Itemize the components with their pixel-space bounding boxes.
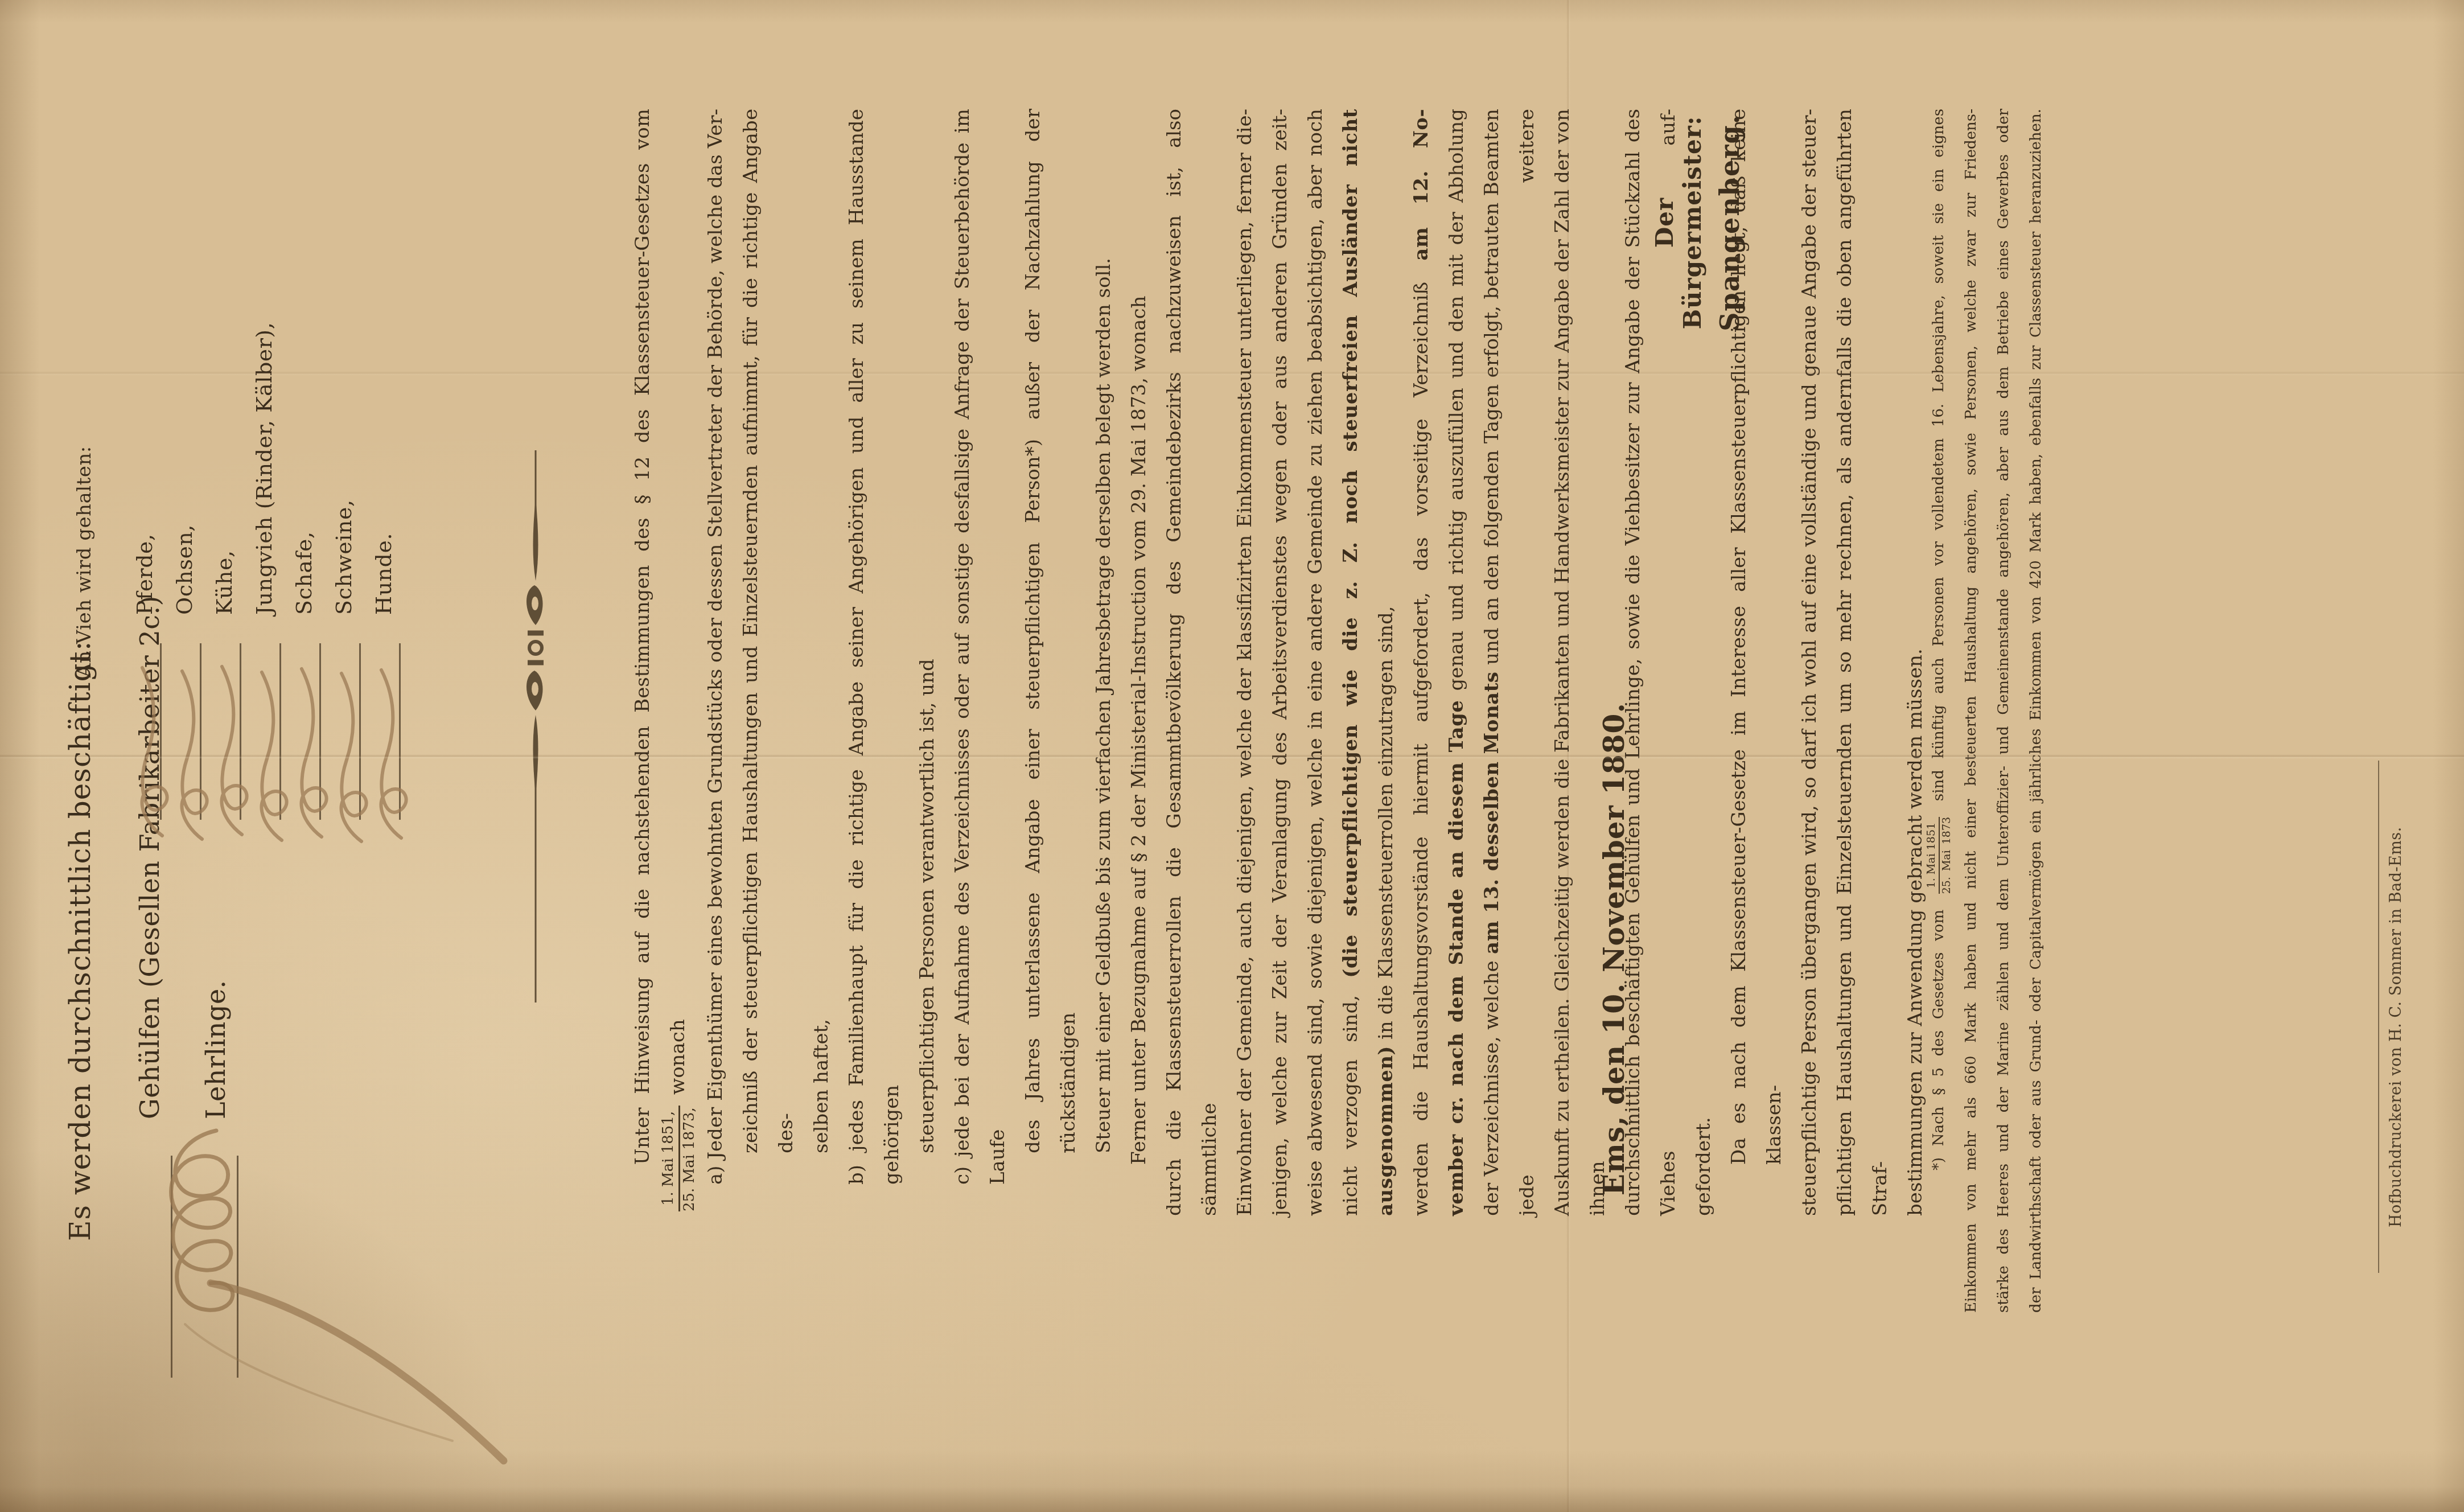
text-line: werden die Haushaltungsvorstände hiermit…	[1404, 109, 1439, 1216]
text-line: stärke des Heeres und der Marine zählen …	[1988, 109, 2020, 1313]
text-line: selben haftet,	[804, 109, 839, 1216]
text-line: steuerpflichtigen Personen verantwortlic…	[910, 109, 945, 1216]
text-line: a) Jeder Eigenthümer eines bewohnten Gru…	[698, 109, 733, 1216]
animal-row-pferde: Pferde,	[132, 533, 157, 615]
animal-row-jungvieh: Jungvieh (Rinder, Kälber),	[252, 322, 277, 615]
scanned-document-page: Es werden durchschnittlich beschäftigt: …	[0, 0, 2464, 1512]
text-line: Einkommen von mehr als 660 Mark haben un…	[1955, 109, 1988, 1313]
stacked-date-fraction: 1. Mai 185125. Mai 1873	[1926, 817, 1953, 894]
text-line: Ferner unter Bezugnahme auf § 2 der Mini…	[1121, 109, 1157, 1216]
text-line: *) Nach § 5 des Gesetzes vom 1. Mai 1851…	[1923, 109, 1955, 1313]
animal-row-schweine: Schweine,	[331, 500, 356, 615]
text-line: der Verzeichnisse, welche am 13. desselb…	[1474, 109, 1545, 1216]
masthead-left-title: Es werden durchschnittlich beschäftigt:	[64, 641, 97, 1241]
text-line: weise abwesend sind, sowie diejenigen, w…	[1298, 109, 1333, 1216]
text-line: ausgenommen) in die Klassensteuerrollen …	[1368, 109, 1404, 1216]
text-line: Steuer mit einer Geldbuße bis zum vierfa…	[1086, 109, 1121, 1216]
footnote: *) Nach § 5 des Gesetzes vom 1. Mai 1851…	[1923, 109, 2052, 1313]
text-line: nicht verzogen sind, (die steuerpflichti…	[1333, 109, 1368, 1216]
handwritten-flourish-large	[131, 1074, 529, 1495]
text-line: durch die Klassensteuerrollen die Gesamm…	[1157, 109, 1227, 1216]
text-line: 1. Mai 1851,25. Mai 1873, wonach	[660, 109, 698, 1216]
animal-row-schafe: Schafe,	[291, 531, 316, 615]
animal-row-ochsen: Ochsen,	[172, 524, 197, 615]
text-line: Unter Hinweisung auf die nachstehenden B…	[625, 109, 660, 1216]
text-line: jenigen, welche zur Zeit der Veranlagung…	[1262, 109, 1298, 1216]
text-line: zeichniß der steuerpflichtigen Haushaltu…	[733, 109, 804, 1216]
text-line: des Jahres unterlassene Angabe einer ste…	[1015, 109, 1086, 1216]
signature-name: Spangenberg.	[1714, 100, 1745, 345]
stacked-date-fraction: 1. Mai 1851,25. Mai 1873,	[660, 1106, 697, 1211]
text-line: pflichtigen Haushaltungen und Einzelsteu…	[1827, 109, 1898, 1216]
text-line: Einwohner der Gemeinde, auch diejenigen,…	[1227, 109, 1262, 1216]
signature-role: Der Bürgermeister:	[1651, 100, 1706, 345]
paper-sheet: Es werden durchschnittlich beschäftigt: …	[0, 0, 2464, 1512]
signature-block: Der Bürgermeister: Spangenberg.	[1651, 100, 1745, 345]
masthead-right-title: An Vieh wird gehalten:	[73, 446, 96, 677]
imprint-rule	[2378, 761, 2379, 1273]
handwritten-marks-animals	[131, 618, 438, 857]
text-line: der Landwirthschaft oder aus Grund- oder…	[2020, 109, 2052, 1313]
text-line: vember cr. nach dem Stande an diesem Tag…	[1439, 109, 1474, 1216]
animal-row-hunde: Hunde.	[371, 533, 396, 615]
text-line: c) jede bei der Aufnahme des Verzeichnis…	[945, 109, 1015, 1216]
ornamental-divider	[515, 442, 556, 1011]
text-line: b) jedes Familienhaupt für die richtige …	[839, 109, 910, 1216]
text-line: steuerpflichtige Person übergangen wird,…	[1792, 109, 1827, 1216]
animal-row-kuehe: Kühe,	[212, 550, 237, 615]
dateline: Ems, den 10. November 1880.	[1597, 702, 1631, 1195]
printer-imprint: Hofbuchdruckerei von H. C. Sommer in Bad…	[2387, 827, 2405, 1227]
